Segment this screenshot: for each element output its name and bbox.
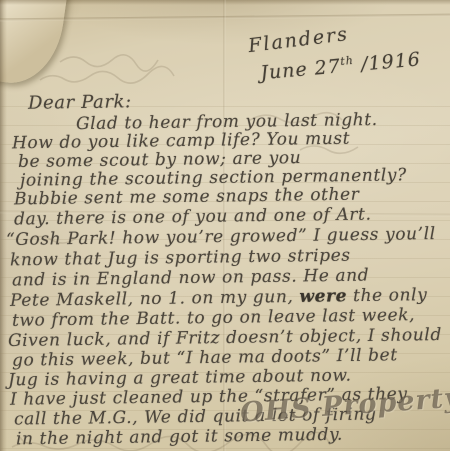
letter-date-year: /1916 xyxy=(353,48,421,76)
letter-scan: Flanders June 27th /1916 Dear Park: Glad… xyxy=(0,0,450,451)
letter-place: Flanders xyxy=(247,24,350,56)
letter-date-suffix: th xyxy=(340,54,355,68)
paper-left-edge-shadow xyxy=(0,0,7,451)
letter-salutation: Dear Park: xyxy=(28,92,132,113)
letter-line: in the night and got it some muddy. xyxy=(16,425,343,450)
overwritten-word: were xyxy=(299,286,347,307)
paper-corner-curl xyxy=(0,0,69,89)
letter-line-segment: the only xyxy=(347,285,428,306)
letter-date-day: June 27 xyxy=(260,55,342,84)
